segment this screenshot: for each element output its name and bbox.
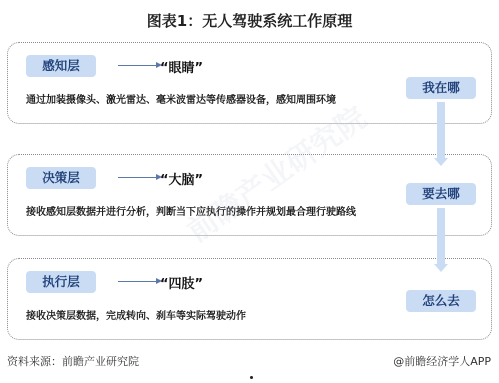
right-arrow-icon <box>118 177 160 178</box>
credit-note: @前瞻经济学人APP <box>393 353 491 369</box>
question-tag-where-to-go: 要去哪 <box>406 183 476 205</box>
figure-title: 图表1：无人驾驶系统工作原理 <box>0 10 499 31</box>
metaphor-label: “大脑” <box>160 169 203 188</box>
down-arrow-icon <box>434 208 448 272</box>
layer-description: 通过加装摄像头、激光雷达、毫米波雷达等传感器设备，感知周围环境 <box>26 91 336 106</box>
right-arrow-icon <box>118 65 160 66</box>
source-note: 资料来源：前瞻产业研究院 <box>7 353 139 369</box>
decorative-dot <box>250 376 253 379</box>
layer-description: 接收感知层数据并进行分析，判断当下应执行的操作并规划最合理行驶路线 <box>26 203 356 218</box>
down-arrow-icon <box>434 102 448 166</box>
layer-tag-perception: 感知层 <box>26 55 96 77</box>
layer-tag-execution: 执行层 <box>26 271 96 293</box>
question-tag-how-to-go: 怎么去 <box>406 290 476 312</box>
right-arrow-icon <box>118 281 160 282</box>
question-tag-where-am-i: 我在哪 <box>406 77 476 99</box>
layer-tag-decision: 决策层 <box>26 167 96 189</box>
layer-description: 接收决策层数据，完成转向、刹车等实际驾驶动作 <box>26 307 246 322</box>
metaphor-label: “四肢” <box>160 273 203 292</box>
metaphor-label: “眼睛” <box>160 57 203 76</box>
